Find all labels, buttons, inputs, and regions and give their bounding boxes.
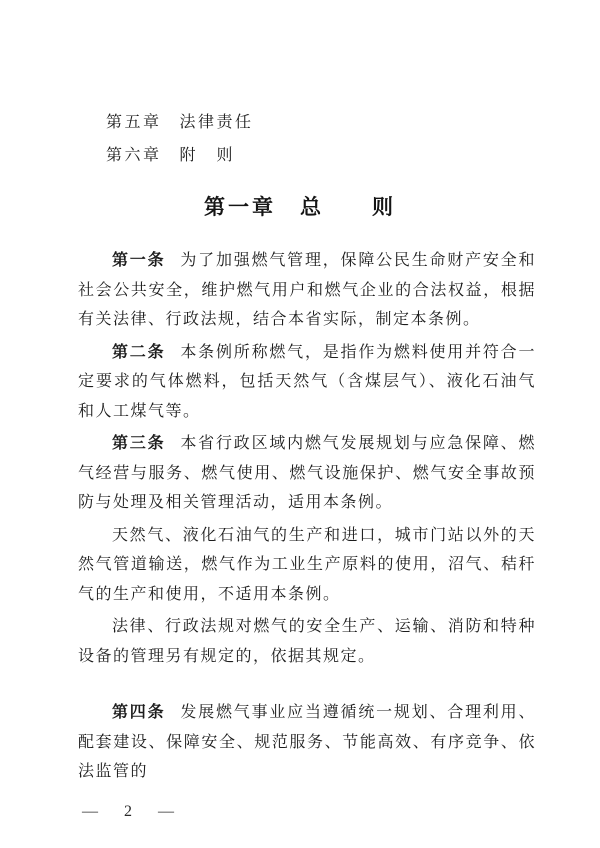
paragraph-article-3-continued-2: 法律、行政法规对燃气的安全生产、运输、消防和特种设备的管理另有规定的，依据其规定… [78, 612, 536, 671]
toc-item-chapter-5: 第五章 法律责任 [78, 106, 540, 139]
paragraph-text: 法律、行政法规对燃气的安全生产、运输、消防和特种设备的管理另有规定的，依据其规定… [78, 618, 536, 665]
toc-chapter-title: 附 则 [180, 139, 236, 172]
toc-chapter-label: 第五章 [106, 106, 162, 139]
paragraph-article-3-continued: 天然气、液化石油气的生产和进口，城市门站以外的天然气管道输送，燃气作为工业生产原… [78, 521, 536, 610]
paragraph-article-2: 第二条本条例所称燃气，是指作为燃料使用并符合一定要求的气体燃料，包括天然气（含煤… [78, 338, 536, 427]
toc-chapter-label: 第六章 [106, 139, 162, 172]
table-of-contents: 第五章 法律责任 第六章 附 则 [78, 106, 540, 172]
article-number: 第三条 [112, 435, 165, 452]
page-number: — 2 — [82, 803, 185, 821]
paragraph-article-3: 第三条本省行政区域内燃气发展规划与应急保障、燃气经营与服务、燃气使用、燃气设施保… [78, 429, 536, 518]
paragraph-article-4: 第四条发展燃气事业应当遵循统一规划、合理利用、配套建设、保障安全、规范服务、节能… [78, 698, 536, 787]
article-number: 第四条 [112, 704, 165, 721]
article-number: 第二条 [112, 344, 165, 361]
chapter-heading: 第一章 总 则 [0, 191, 600, 221]
article-number: 第一条 [112, 252, 165, 269]
scanned-document-page: 第五章 法律责任 第六章 附 则 第一章 总 则 第一条为了加强燃气管理，保障公… [0, 0, 600, 848]
paragraph-text: 天然气、液化石油气的生产和进口，城市门站以外的天然气管道输送，燃气作为工业生产原… [78, 527, 536, 603]
toc-chapter-title: 法律责任 [180, 106, 254, 139]
toc-item-chapter-6: 第六章 附 则 [78, 139, 540, 172]
article-body: 第一条为了加强燃气管理，保障公民生命财产安全和社会公共安全，维护燃气用户和燃气企… [78, 246, 536, 790]
paragraph-article-1: 第一条为了加强燃气管理，保障公民生命财产安全和社会公共安全，维护燃气用户和燃气企… [78, 246, 536, 335]
